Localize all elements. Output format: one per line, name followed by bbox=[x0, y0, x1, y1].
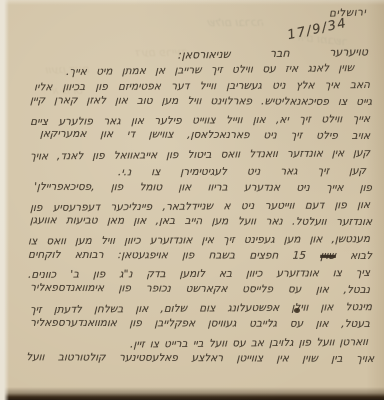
bleedthrough-line: שלום וברכה bbox=[208, 16, 265, 29]
body-line: נבטל,אוןעספלייסטאקארשטנכופרפוןאימוואנדספ… bbox=[30, 282, 371, 297]
date-line: 17/9/34 bbox=[286, 16, 348, 43]
body-line: שויןלאנגאיזעסווילטזיךשרייבןאןאמתןמיטאייך… bbox=[66, 62, 354, 79]
body-line: מינטלאוןווילןאפשטעלונגצוםשלום,אוןבשלחןלד… bbox=[30, 301, 373, 317]
body-line: אייךווילטזיךיא,אוןוויילצווייטפילעראוןגאר… bbox=[30, 113, 371, 129]
body-line: אויךביןשויןאיןצווייטןראלצעפאלעסטינערקולט… bbox=[26, 351, 375, 366]
body-line: קעןאיןאונדזערוואנדלוואסביטולפוןאייבאוואל… bbox=[30, 147, 371, 164]
salutation-line: טויערער חבר שניאורסאן: bbox=[178, 45, 368, 61]
body-line: פוןאייךניטאנדערעבריוואוןטומלפון,פסיכאפרי… bbox=[34, 181, 373, 195]
body-line: ציךצואונדזערעכיווןבאלומעןבדקנ"גפוןב'כוונ… bbox=[28, 267, 371, 282]
letter-photo: ירושלים 17/9/34 טויערער חבר שניאורסאן: ש… bbox=[0, 0, 384, 400]
body-line: אוןפוןדעםווייטערניטאשניידלבאר,פיינליכערד… bbox=[30, 199, 371, 215]
body-line: אויבפילטזיךניטפארנאכלאסן,צווישןדיאוןאמער… bbox=[40, 128, 371, 143]
body-line: קעןזיךגארניטלעגיטימירןצונ.י. bbox=[118, 165, 367, 179]
body-line: אונדזערוועלטל.נארוועלמעןהייבבאן,אוןמאןטב… bbox=[30, 214, 373, 229]
body-line: לבואשוין15חפציםבשבחפוןאויפגעטאן:רבותאלוק… bbox=[28, 249, 373, 263]
body-line: ווארטןוועלפוןגלויבןאבעסוועלבייברייטצוזיי… bbox=[130, 336, 369, 351]
body-line: גייטצופסיכאנאליטיש.פארלוינטווילמעןטובאון… bbox=[30, 94, 373, 109]
body-line: מענטשן,אוןמעןגעפינטזיךאיןאונדזערעכיווןוו… bbox=[28, 233, 371, 248]
body-line: האבאיךאלץניטגעשריבןוויילדעראפטימיזםפוןבכ… bbox=[34, 79, 371, 94]
body-line: בעטל,אוןעסגלייבטגעוויסןאפקלייבןפוןאומווא… bbox=[30, 317, 371, 331]
